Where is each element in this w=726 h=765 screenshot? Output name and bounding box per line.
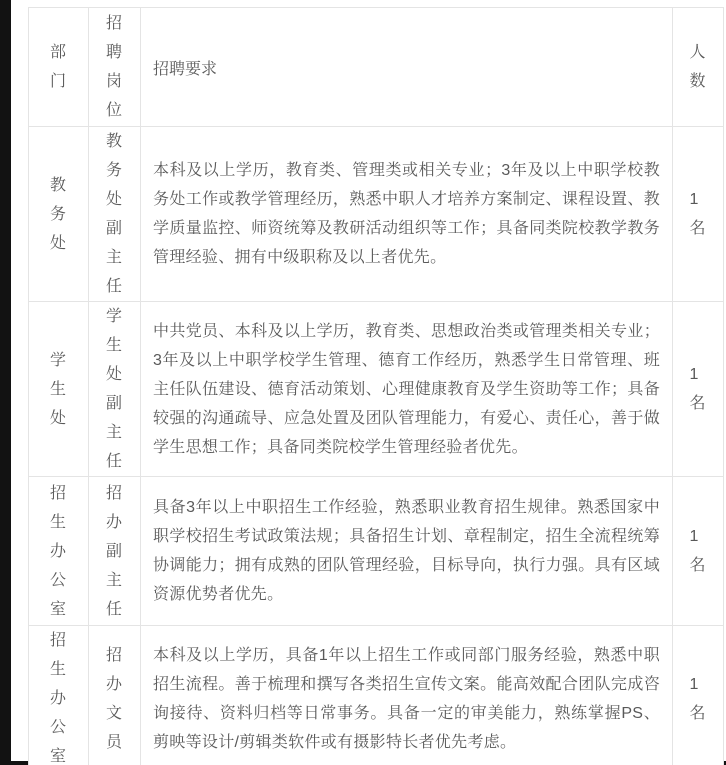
department-text: 招生办公室 — [50, 479, 67, 624]
cell-position: 学生处副主任 — [89, 302, 141, 477]
table-row: 招生办公室 招办副主任 具备3年以上中职招生工作经验，熟悉职业教育招生规律。熟悉… — [29, 477, 724, 626]
cell-position: 教务处副主任 — [89, 127, 141, 302]
table-row: 教务处 教务处副主任 本科及以上学历，教育类、管理类或相关专业；3年及以上中职学… — [29, 127, 724, 302]
cell-department: 教务处 — [29, 127, 89, 302]
header-position-label: 招聘岗位 — [106, 9, 123, 125]
header-headcount-label: 人数 — [690, 38, 707, 96]
requirements-text: 中共党员、本科及以上学历，教育类、思想政治类或管理类相关专业；3年及以上中职学校… — [153, 317, 660, 462]
cell-headcount: 1名 — [673, 477, 724, 626]
cell-requirements: 中共党员、本科及以上学历，教育类、思想政治类或管理类相关专业；3年及以上中职学校… — [141, 302, 673, 477]
header-requirements: 招聘要求 — [141, 8, 673, 127]
position-text: 招办副主任 — [106, 479, 123, 624]
cell-headcount: 1名 — [673, 626, 724, 765]
cell-requirements: 本科及以上学历，具备1年以上招生工作或同部门服务经验，熟悉中职招生流程。善于梳理… — [141, 626, 673, 765]
page: 部门 招聘岗位 招聘要求 人数 教务处 教务处副主任 本科及以上学历，教育类、管… — [0, 0, 726, 765]
requirements-text: 本科及以上学历，教育类、管理类或相关专业；3年及以上中职学校教务处工作或教学管理… — [153, 156, 660, 272]
cell-headcount: 1名 — [673, 127, 724, 302]
header-requirements-label: 招聘要求 — [153, 61, 217, 78]
headcount-text: 1名 — [690, 185, 707, 243]
table-header-row: 部门 招聘岗位 招聘要求 人数 — [29, 8, 724, 127]
header-headcount: 人数 — [673, 8, 724, 127]
cell-headcount: 1名 — [673, 302, 724, 477]
requirements-text: 本科及以上学历，具备1年以上招生工作或同部门服务经验，熟悉中职招生流程。善于梳理… — [153, 641, 660, 757]
headcount-text: 1名 — [690, 360, 707, 418]
cell-requirements: 本科及以上学历，教育类、管理类或相关专业；3年及以上中职学校教务处工作或教学管理… — [141, 127, 673, 302]
recruitment-table: 部门 招聘岗位 招聘要求 人数 教务处 教务处副主任 本科及以上学历，教育类、管… — [28, 7, 724, 765]
department-text: 学生处 — [50, 346, 67, 433]
cell-position: 招办副主任 — [89, 477, 141, 626]
header-department: 部门 — [29, 8, 89, 127]
position-text: 教务处副主任 — [106, 127, 123, 301]
department-text: 招生办公室 — [50, 626, 67, 765]
position-text: 学生处副主任 — [106, 302, 123, 476]
header-department-label: 部门 — [50, 38, 67, 96]
table-row: 学生处 学生处副主任 中共党员、本科及以上学历，教育类、思想政治类或管理类相关专… — [29, 302, 724, 477]
headcount-text: 1名 — [690, 670, 707, 728]
department-text: 教务处 — [50, 171, 67, 258]
cell-position: 招办文员 — [89, 626, 141, 765]
left-edge-strip — [0, 0, 11, 765]
requirements-text: 具备3年以上中职招生工作经验，熟悉职业教育招生规律。熟悉国家中职学校招生考试政策… — [153, 493, 660, 609]
table-row: 招生办公室 招办文员 本科及以上学历，具备1年以上招生工作或同部门服务经验，熟悉… — [29, 626, 724, 765]
position-text: 招办文员 — [106, 641, 123, 757]
cell-department: 招生办公室 — [29, 626, 89, 765]
header-position: 招聘岗位 — [89, 8, 141, 127]
cell-department: 学生处 — [29, 302, 89, 477]
cell-department: 招生办公室 — [29, 477, 89, 626]
headcount-text: 1名 — [690, 522, 707, 580]
cell-requirements: 具备3年以上中职招生工作经验，熟悉职业教育招生规律。熟悉国家中职学校招生考试政策… — [141, 477, 673, 626]
